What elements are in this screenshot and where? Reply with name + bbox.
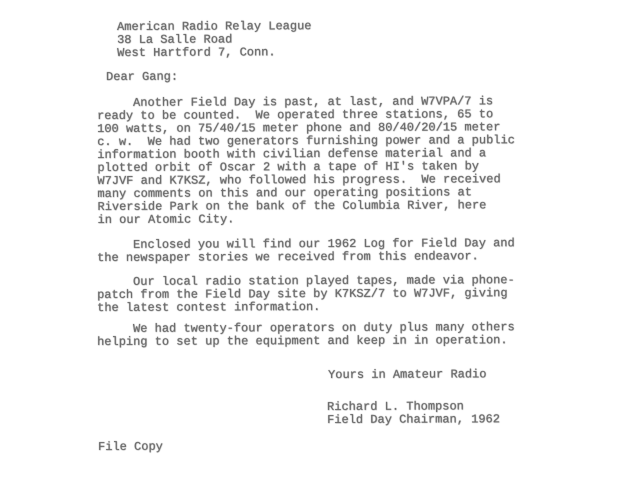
letter-paragraph-4: We had twenty-four operators on duty plu… — [97, 321, 515, 349]
salutation: Dear Gang: — [106, 71, 178, 84]
signature-block: Richard L. Thompson Field Day Chairman, … — [327, 400, 500, 427]
file-copy-note: File Copy — [98, 441, 163, 454]
scanned-letter-page: American Radio Relay League 38 La Salle … — [0, 0, 640, 480]
complimentary-closing: Yours in Amateur Radio — [328, 368, 486, 382]
recipient-address-block: American Radio Relay League 38 La Salle … — [117, 20, 312, 60]
letter-paragraph-1: Another Field Day is past, at last, and … — [97, 95, 515, 227]
letter-paragraph-2: Enclosed you will find our 1962 Log for … — [97, 237, 515, 265]
letter-paragraph-3: Our local radio station played tapes, ma… — [97, 274, 515, 315]
